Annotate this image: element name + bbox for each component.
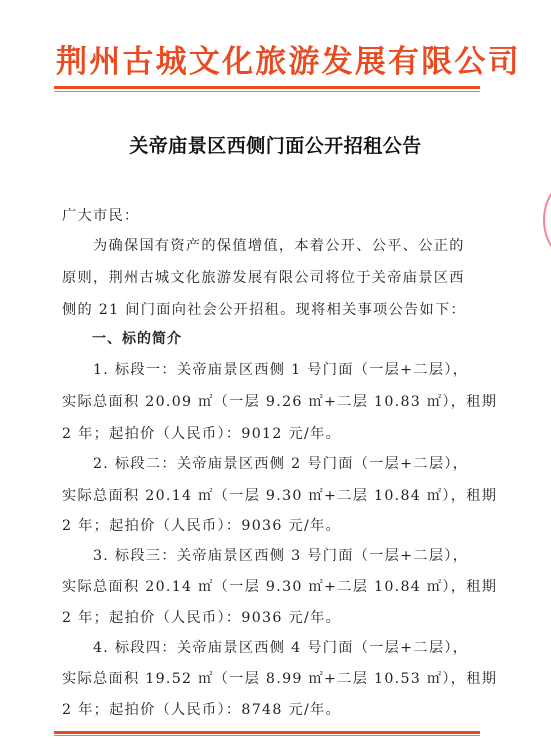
letterhead-rule-thin (54, 91, 480, 92)
lot-line: 实际总面积 20.09 ㎡（一层 9.26 ㎡+二层 10.83 ㎡），租期 (62, 386, 480, 418)
lot-line: 实际总面积 19.52 ㎡（一层 8.99 ㎡+二层 10.53 ㎡），租期 (62, 663, 480, 695)
lot-line: 2 年；起拍价（人民币）：9036 元/年。 (62, 510, 480, 542)
lot-line: 1. 标段一：关帝庙景区西侧 1 号门面（一层+二层）， (62, 354, 480, 386)
intro-line: 侧的 21 间门面向社会公开招租。现将相关事项公告如下： (62, 294, 480, 326)
lot-line: 实际总面积 20.14 ㎡（一层 9.30 ㎡+二层 10.84 ㎡），租期 (62, 480, 480, 512)
lot-line: 3. 标段三：关帝庙景区西侧 3 号门面（一层+二层）， (62, 540, 480, 572)
lot-line: 2 年；起拍价（人民币）：8748 元/年。 (62, 694, 480, 726)
salutation: 广大市民： (62, 200, 480, 232)
lot-line: 2. 标段二：关帝庙景区西侧 2 号门面（一层+二层）， (62, 448, 480, 480)
intro-line: 原则，荆州古城文化旅游发展有限公司将位于关帝庙景区西 (62, 262, 480, 294)
intro-line: 为确保国有资产的保值增值，本着公开、公平、公正的 (62, 230, 480, 262)
document-title: 关帝庙景区西侧门面公开招租公告 (0, 132, 551, 160)
letterhead-company-name: 荆州古城文化旅游发展有限公司 (56, 38, 476, 86)
footer-rule-thin (54, 735, 480, 736)
lot-line: 4. 标段四：关帝庙景区西侧 4 号门面（一层+二层）， (62, 632, 480, 664)
section-heading-lot-intro: 一、标的简介 (62, 323, 480, 355)
lot-line: 2 年；起拍价（人民币）：9012 元/年。 (62, 418, 480, 450)
footer-rule-thick (54, 731, 480, 734)
official-seal-icon (543, 180, 551, 260)
lot-line: 实际总面积 20.14 ㎡（一层 9.30 ㎡+二层 10.84 ㎡），租期 (62, 571, 480, 603)
lot-line: 2 年；起拍价（人民币）：9036 元/年。 (62, 602, 480, 634)
letterhead-rule-thick (54, 86, 480, 89)
